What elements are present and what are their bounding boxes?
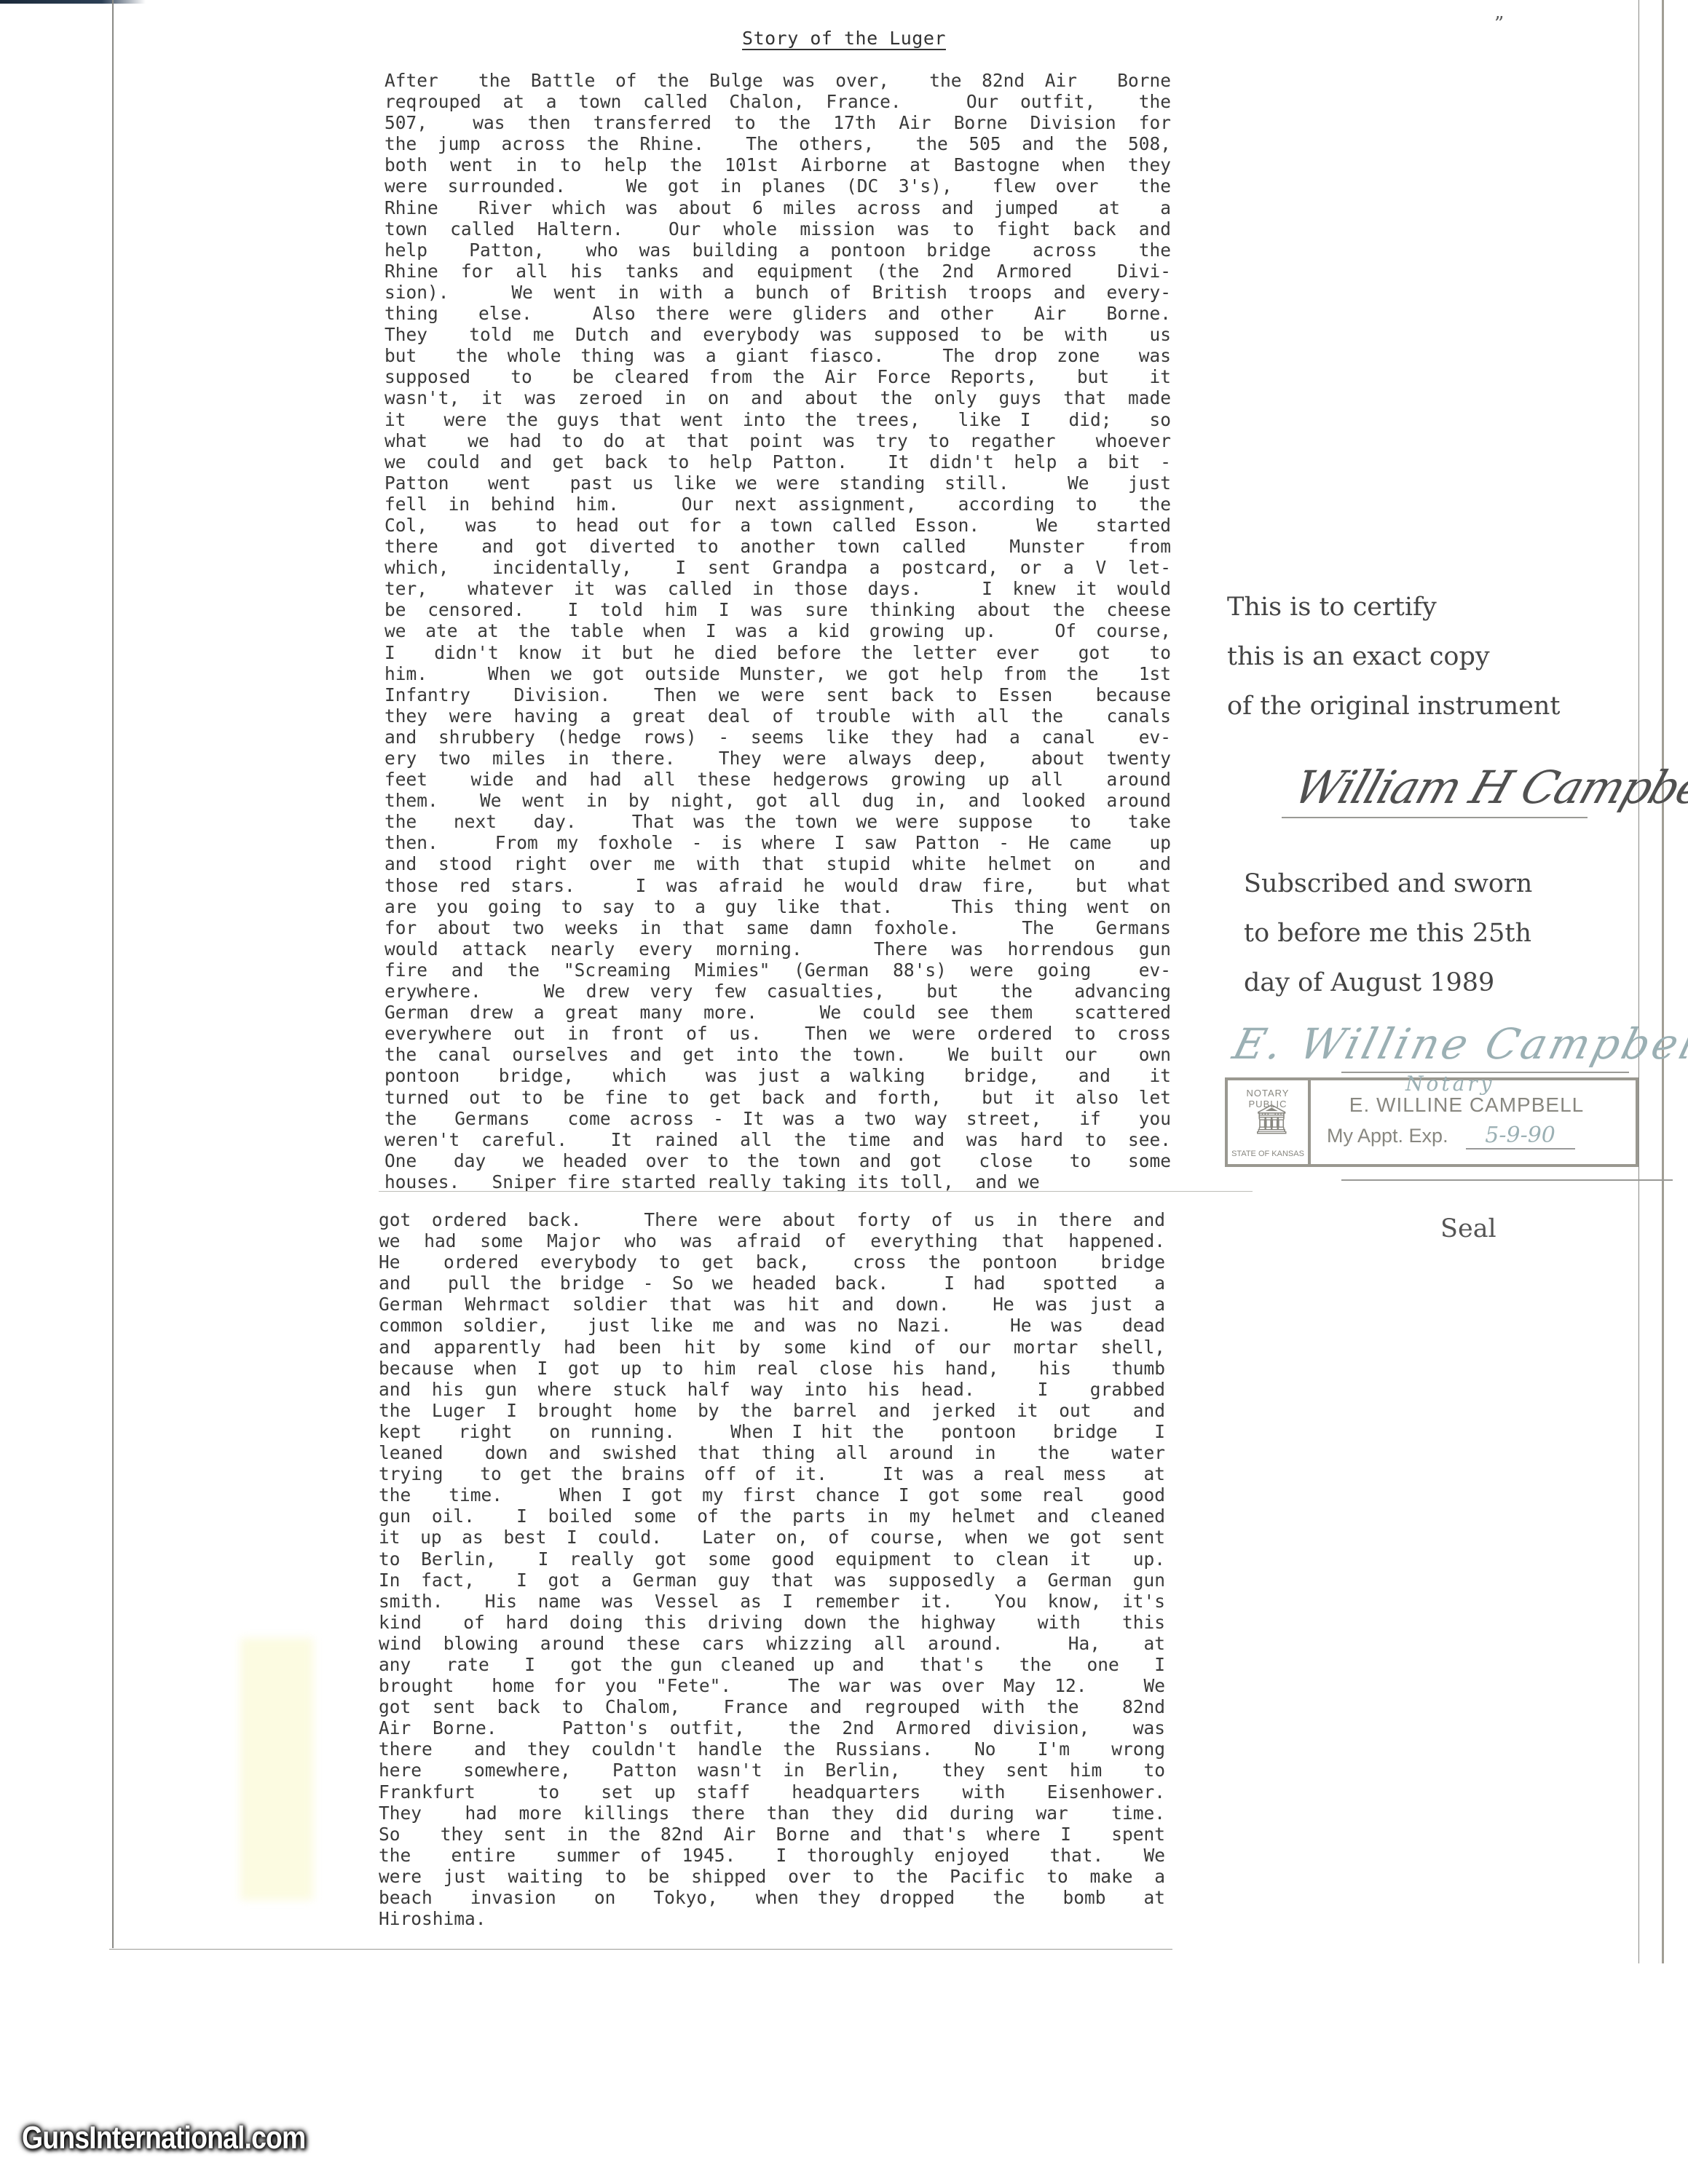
story-line: the canal ourselves and get into the tow…	[384, 1044, 1171, 1065]
left-margin-line	[112, 0, 114, 1948]
story-line: and pull the bridge - So we headed back.…	[379, 1273, 1165, 1294]
story-line: got ordered back. There were about forty…	[379, 1209, 1165, 1230]
story-line: the time. When I got my first chance I g…	[379, 1484, 1165, 1506]
story-line: we ate at the table when I was a kid gro…	[384, 620, 1171, 641]
story-line: fire and the "Screaming Mimies" (German …	[384, 960, 1171, 981]
story-line: we could and get back to help Patton. It…	[384, 451, 1171, 472]
story-line: the Germans come across - It was a two w…	[384, 1108, 1171, 1129]
story-line: both went in to help the 101st Airborne …	[384, 154, 1171, 175]
notary-signature: E. Willine Campbell	[1228, 1019, 1688, 1069]
story-line: kept right on running. When I hit the po…	[379, 1421, 1165, 1442]
paper-stain	[240, 1638, 313, 1900]
story-line: After the Battle of the Bulge was over, …	[384, 70, 1171, 91]
story-line: the jump across the Rhine. The others, t…	[384, 133, 1171, 154]
story-line: it were the guys that went into the tree…	[384, 409, 1171, 430]
story-line: wind blowing around these cars whizzing …	[379, 1633, 1165, 1654]
signature-line	[1282, 817, 1588, 818]
story-line: fell in behind him. Our next assignment,…	[384, 494, 1171, 515]
story-line: supposed to be cleared from the Air Forc…	[384, 366, 1171, 387]
story-line: got sent back to Chalom, France and regr…	[379, 1696, 1165, 1717]
expiry-label: My Appt. Exp.	[1327, 1125, 1448, 1147]
capitol-building-icon: 🏛	[1253, 1105, 1290, 1134]
story-line: which, incidentally, I sent Grandpa a po…	[384, 557, 1171, 578]
story-line: turned out to be fine to get back and fo…	[384, 1087, 1171, 1108]
story-line: gun oil. I boiled some of the parts in m…	[379, 1506, 1165, 1527]
story-line: beach invasion on Tokyo, when they dropp…	[379, 1887, 1165, 1908]
expiry-date: 5-9-90	[1466, 1123, 1575, 1150]
story-line: there and they couldn't handle the Russi…	[379, 1738, 1165, 1760]
sworn-line: day of August 1989	[1244, 958, 1532, 1008]
stamp-underline	[1341, 1179, 1673, 1181]
story-line: 507, was then transferred to the 17th Ai…	[384, 112, 1171, 133]
story-line: He ordered everybody to get back, cross …	[379, 1251, 1165, 1273]
story-line: for about two weeks in that same damn fo…	[384, 917, 1171, 938]
story-line: erywhere. We drew very few casualties, b…	[384, 981, 1171, 1002]
story-line: were surrounded. We got in planes (DC 3'…	[384, 175, 1171, 197]
story-line: reqrouped at a town called Chalon, Franc…	[384, 91, 1171, 112]
story-line: German drew a great many more. We could …	[384, 1002, 1171, 1023]
story-line: smith. His name was Vessel as I remember…	[379, 1591, 1165, 1612]
document-title: Story of the Luger	[0, 28, 1688, 49]
story-line: and his gun where stuck half way into hi…	[379, 1379, 1165, 1400]
story-line: Patton went past us like we were standin…	[384, 472, 1171, 494]
document-title-text: Story of the Luger	[742, 28, 946, 49]
story-line: help Patton, who was building a pontoon …	[384, 240, 1171, 261]
bottom-margin-line	[109, 1949, 1172, 1950]
notary-seal: NOTARY PUBLIC 🏛 STATE OF KANSAS	[1228, 1080, 1311, 1164]
story-line: Col, was to head out for a town called E…	[384, 515, 1171, 536]
story-line: the Luger I brought home by the barrel a…	[379, 1400, 1165, 1421]
story-line: trying to get the brains off of it. It w…	[379, 1463, 1165, 1484]
story-line: and apparently had been hit by some kind…	[379, 1337, 1165, 1358]
story-line: are you going to say to a guy like that.…	[384, 896, 1171, 917]
cert-line: of the original instrument	[1227, 681, 1560, 731]
story-line: common soldier, just like me and was no …	[379, 1315, 1165, 1336]
story-line: thing else. Also there were gliders and …	[384, 303, 1171, 324]
story-line: weren't careful. It rained all the time …	[384, 1129, 1171, 1150]
story-line: Hiroshima.	[379, 1908, 1165, 1929]
story-line: then. From my foxhole - is where I saw P…	[384, 832, 1171, 853]
story-line: because when I got up to him real close …	[379, 1358, 1165, 1379]
sworn-line: Subscribed and sworn	[1244, 859, 1532, 909]
sworn-line: to before me this 25th	[1244, 909, 1532, 958]
story-line: I didn't know it but he died before the …	[384, 642, 1171, 663]
story-line: kind of hard doing this driving down the…	[379, 1612, 1165, 1633]
story-line: be censored. I told him I was sure think…	[384, 599, 1171, 620]
certification-statement: This is to certify this is an exact copy…	[1227, 582, 1560, 731]
story-line: Frankfurt to set up staff headquarters w…	[379, 1781, 1165, 1803]
story-line: town called Haltern. Our whole mission w…	[384, 218, 1171, 240]
story-line: Rhine River which was about 6 miles acro…	[384, 197, 1171, 218]
story-line: They had more killings there than they d…	[379, 1803, 1165, 1824]
story-line: Air Borne. Patton's outfit, the 2nd Armo…	[379, 1717, 1165, 1738]
story-line: but the whole thing was a giant fiasco. …	[384, 345, 1171, 366]
appointment-expiry: My Appt. Exp.5-9-90	[1327, 1123, 1636, 1150]
story-line: there and got diverted to another town c…	[384, 536, 1171, 557]
story-line: feet wide and had all these hedgerows gr…	[384, 769, 1171, 790]
story-line: here somewhere, Patton wasn't in Berlin,…	[379, 1760, 1165, 1781]
story-line: They told me Dutch and everybody was sup…	[384, 324, 1171, 345]
story-line: leaned down and swished that thing all a…	[379, 1442, 1165, 1463]
story-line: pontoon bridge, which was just a walking…	[384, 1065, 1171, 1086]
story-line: Infantry Division. Then we were sent bac…	[384, 684, 1171, 705]
story-line: Rhine for all his tanks and equipment (t…	[384, 261, 1171, 282]
story-line: brought home for you "Fete". The war was…	[379, 1675, 1165, 1696]
story-line: ter, whatever it was called in those day…	[384, 578, 1171, 599]
sworn-statement: Subscribed and sworn to before me this 2…	[1244, 859, 1532, 1008]
story-line: it up as best I could. Later on, of cour…	[379, 1527, 1165, 1548]
notary-name: E. WILLINE CAMPBELL	[1327, 1093, 1606, 1117]
story-body-part-1: After the Battle of the Bulge was over, …	[384, 70, 1171, 1192]
seal-state-text: STATE OF KANSAS	[1228, 1150, 1308, 1158]
story-line: him. When we got outside Munster, we got…	[384, 663, 1171, 684]
story-line: One day we headed over to the town and g…	[384, 1150, 1171, 1171]
story-line: we had some Major who was afraid of ever…	[379, 1230, 1165, 1251]
story-line: So they sent in the 82nd Air Borne and t…	[379, 1824, 1165, 1845]
story-line: ery two miles in there. They were always…	[384, 748, 1171, 769]
story-line: what we had to do at that point was try …	[384, 430, 1171, 451]
page-join-line	[379, 1191, 1253, 1192]
right-edge-line-2	[1662, 0, 1664, 1963]
story-line: wasn't, it was zeroed in on and about th…	[384, 387, 1171, 408]
story-line: and shrubbery (hedge rows) - seems like …	[384, 727, 1171, 748]
story-line: everywhere out in front of us. Then we w…	[384, 1023, 1171, 1044]
story-line: they were having a great deal of trouble…	[384, 705, 1171, 727]
story-line: the next day. That was the town we were …	[384, 811, 1171, 832]
story-line: houses. Sniper fire started really takin…	[384, 1171, 1171, 1192]
cert-line: This is to certify	[1227, 582, 1560, 632]
story-line: to Berlin, I really got some good equipm…	[379, 1548, 1165, 1570]
watermark-logo: GunsInternational.com	[22, 2120, 305, 2156]
story-line: the entire summer of 1945. I thoroughly …	[379, 1845, 1165, 1866]
seal-label: Seal	[1440, 1214, 1496, 1243]
story-line: were just waiting to be shipped over to …	[379, 1866, 1165, 1887]
story-line: them. We went in by night, got all dug i…	[384, 790, 1171, 811]
right-edge-line-1	[1638, 0, 1639, 1963]
scan-edge-shadow	[0, 0, 146, 4]
notary-handwritten: Notary	[1405, 1072, 1495, 1096]
story-line: would attack nearly every morning. There…	[384, 938, 1171, 960]
owner-signature: William H Campbell	[1287, 761, 1688, 814]
story-line: In fact, I got a German guy that was sup…	[379, 1570, 1165, 1591]
story-line: sion). We went in with a bunch of Britis…	[384, 282, 1171, 303]
story-line: those red stars. I was afraid he would d…	[384, 875, 1171, 896]
story-body-part-2: got ordered back. There were about forty…	[379, 1209, 1165, 1929]
story-line: any rate I got the gun cleaned up and th…	[379, 1654, 1165, 1675]
story-line: and stood right over me with that stupid…	[384, 853, 1171, 874]
story-line: German Wehrmact soldier that was hit and…	[379, 1294, 1165, 1315]
cert-line: this is an exact copy	[1227, 632, 1560, 681]
